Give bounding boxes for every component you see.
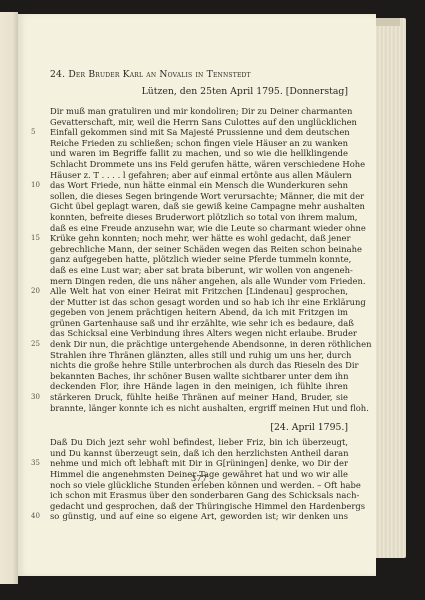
line-text: mern Dingen reden, die uns näher angehen… xyxy=(50,276,366,286)
text-line: und waren im Begriffe fallit zu machen, … xyxy=(50,148,348,159)
line-text: nichts die große hehre Stille unterbroch… xyxy=(50,360,359,370)
text-line: gegeben von jenem prächtigen heitern Abe… xyxy=(50,307,348,318)
line-number: 25 xyxy=(31,339,40,350)
text-line: Gicht übel geplagt waren, daß sie gewiß … xyxy=(50,201,348,212)
text-line: bekannten Baches, ihr schöner Busen wall… xyxy=(50,371,348,382)
line-text: so günstig, und auf eine so eigene Art, … xyxy=(50,511,348,521)
line-text: daß es eine Freude anzusehn war, wie die… xyxy=(50,223,366,233)
page-stack-top xyxy=(376,18,400,26)
text-line: Reiche Frieden zu schließen; schon finge… xyxy=(50,138,348,149)
line-text: und Du kannst überzeugt sein, daß ich de… xyxy=(50,448,349,458)
page-number: 377 xyxy=(50,474,348,484)
text-line: ganz aufgegeben hatte, plötzlich wieder … xyxy=(50,254,348,265)
line-text: grünen Gartenhause saß und ihr erzählte,… xyxy=(50,318,354,328)
line-number: 35 xyxy=(31,458,40,469)
text-line: und Du kannst überzeugt sein, daß ich de… xyxy=(50,448,348,459)
text-line: so günstig, und auf eine so eigene Art, … xyxy=(50,511,348,522)
line-text: ganz aufgegeben hatte, plötzlich wieder … xyxy=(50,254,351,264)
text-line: grünen Gartenhause saß und ihr erzählte,… xyxy=(50,318,348,329)
line-text: das Wort Friede, nun hätte einmal ein Me… xyxy=(50,180,348,190)
text-line: denk Dir nun, die prächtige untergehende… xyxy=(50,339,348,350)
letter-heading: 24. Der Bruder Karl an Novalis in Tennst… xyxy=(50,69,348,80)
line-text: Einfall gekommen sind mit Sa Majesté Pru… xyxy=(50,127,350,137)
line-text: bekannten Baches, ihr schöner Busen wall… xyxy=(50,371,348,381)
text-line: deckenden Flor, ihre Hände lagen in den … xyxy=(50,381,348,392)
line-text: brannte, länger konnte ich es nicht aush… xyxy=(50,403,369,413)
text-line: Gevatterschaft, mir, weil die Herrn Sans… xyxy=(50,117,348,128)
second-dateline: [24. April 1795.] xyxy=(50,422,348,433)
line-text: stärkeren Druck, fühlte heiße Thränen au… xyxy=(50,392,348,402)
text-line: konnten, befreite dieses Bruderwort plöt… xyxy=(50,212,348,223)
line-number: 5 xyxy=(31,127,35,138)
line-text: denk Dir nun, die prächtige untergehende… xyxy=(50,339,372,349)
text-line: ich schon mit Erasmus über den sonderbar… xyxy=(50,490,348,501)
line-text: Häuser z. T . . . . l gefahren; aber auf… xyxy=(50,170,352,180)
line-text: Schlacht Drommete uns ins Feld gerufen h… xyxy=(50,159,365,169)
text-line: Strahlen ihre Thränen glänzten, alles st… xyxy=(50,350,348,361)
line-text: Dir muß man gratuliren und mir kondolire… xyxy=(50,106,352,116)
text-line: Dir muß man gratuliren und mir kondolire… xyxy=(50,106,348,117)
line-number: 40 xyxy=(31,511,40,522)
line-text: gebrechliche Mann, der seiner Schäden we… xyxy=(50,244,362,254)
line-text: nehme und mich oft lebhaft mit Dir in G[… xyxy=(50,458,348,468)
text-line: Alle Welt hat von einer Heirat mit Fritz… xyxy=(50,286,348,297)
line-text: Reiche Frieden zu schließen; schon finge… xyxy=(50,138,348,148)
line-text: konnten, befreite dieses Bruderwort plöt… xyxy=(50,212,357,222)
line-text: Alle Welt hat von einer Heirat mit Fritz… xyxy=(50,286,348,296)
text-line: gedacht und gesprochen, daß der Thüringi… xyxy=(50,501,348,512)
text-line: nichts die große hehre Stille unterbroch… xyxy=(50,360,348,371)
page-content: 24. Der Bruder Karl an Novalis in Tennst… xyxy=(50,69,348,522)
line-text: Gevatterschaft, mir, weil die Herrn Sans… xyxy=(50,117,357,127)
line-text: ich schon mit Erasmus über den sonderbar… xyxy=(50,490,359,500)
text-line: der Mutter ist das schon gesagt worden u… xyxy=(50,297,348,308)
text-line: brannte, länger konnte ich es nicht aush… xyxy=(50,403,348,414)
text-line: sollen, die dieses Segen bringende Wort … xyxy=(50,191,348,202)
page-stack-edge xyxy=(372,18,406,558)
line-number: 20 xyxy=(31,286,40,297)
line-text: der Mutter ist das schon gesagt worden u… xyxy=(50,297,366,307)
paragraph-1: Dir muß man gratuliren und mir kondolire… xyxy=(50,106,348,413)
line-text: Strahlen ihre Thränen glänzten, alles st… xyxy=(50,350,351,360)
line-text: deckenden Flor, ihre Hände lagen in den … xyxy=(50,381,348,391)
text-line: Krüke gehn konnten; noch mehr, wer hätte… xyxy=(50,233,348,244)
line-text: das Schicksal eine Verbindung ihres Alte… xyxy=(50,328,357,338)
text-line: stärkeren Druck, fühlte heiße Thränen au… xyxy=(50,392,348,403)
line-text: gedacht und gesprochen, daß der Thüringi… xyxy=(50,501,365,511)
line-text: Krüke gehn konnten; noch mehr, wer hätte… xyxy=(50,233,350,243)
text-line: nehme und mich oft lebhaft mit Dir in G[… xyxy=(50,458,348,469)
line-number: 10 xyxy=(31,180,40,191)
text-line: Schlacht Drommete uns ins Feld gerufen h… xyxy=(50,159,348,170)
text-line: das Schicksal eine Verbindung ihres Alte… xyxy=(50,328,348,339)
text-line: daß es eine Lust war; aber sat brata bib… xyxy=(50,265,348,276)
text-line: Häuser z. T . . . . l gefahren; aber auf… xyxy=(50,170,348,181)
text-line: Einfall gekommen sind mit Sa Majesté Pru… xyxy=(50,127,348,138)
line-text: und waren im Begriffe fallit zu machen, … xyxy=(50,148,348,158)
facing-page-edge xyxy=(0,12,18,584)
text-line: das Wort Friede, nun hätte einmal ein Me… xyxy=(50,180,348,191)
text-line: Daß Du Dich jezt sehr wohl befindest, li… xyxy=(50,437,348,448)
line-number: 15 xyxy=(31,233,40,244)
line-text: Daß Du Dich jezt sehr wohl befindest, li… xyxy=(50,437,348,447)
line-text: sollen, die dieses Segen bringende Wort … xyxy=(50,191,364,201)
text-line: gebrechliche Mann, der seiner Schäden we… xyxy=(50,244,348,255)
line-number: 30 xyxy=(31,392,40,403)
letter-dateline: Lützen, den 25ten April 1795. [Donnersta… xyxy=(50,86,348,97)
line-text: daß es eine Lust war; aber sat brata bib… xyxy=(50,265,353,275)
text-line: daß es eine Freude anzusehn war, wie die… xyxy=(50,223,348,234)
text-line: mern Dingen reden, die uns näher angehen… xyxy=(50,276,348,287)
line-text: gegeben von jenem prächtigen heitern Abe… xyxy=(50,307,348,317)
line-text: Gicht übel geplagt waren, daß sie gewiß … xyxy=(50,201,365,211)
